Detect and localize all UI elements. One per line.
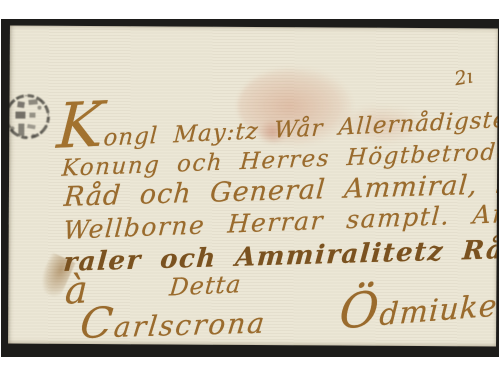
auction-photo-scan: 2ı Kongl May:tz Wår Allernådigste Konung… bbox=[0, 0, 500, 375]
signature-flourish: Ödmiukel. bbox=[338, 273, 498, 338]
circular-handstamp-icon bbox=[8, 83, 56, 151]
address-line-7-detta: Detta bbox=[168, 272, 242, 301]
destination-carlscrona: Carlscrona bbox=[78, 296, 269, 346]
photo-background: 2ı Kongl May:tz Wår Allernådigste Konung… bbox=[1, 19, 499, 357]
letter-cover: 2ı Kongl May:tz Wår Allernådigste Konung… bbox=[8, 26, 498, 347]
address-line-5: raler och Ammiralitetz Råd bbox=[62, 236, 498, 277]
